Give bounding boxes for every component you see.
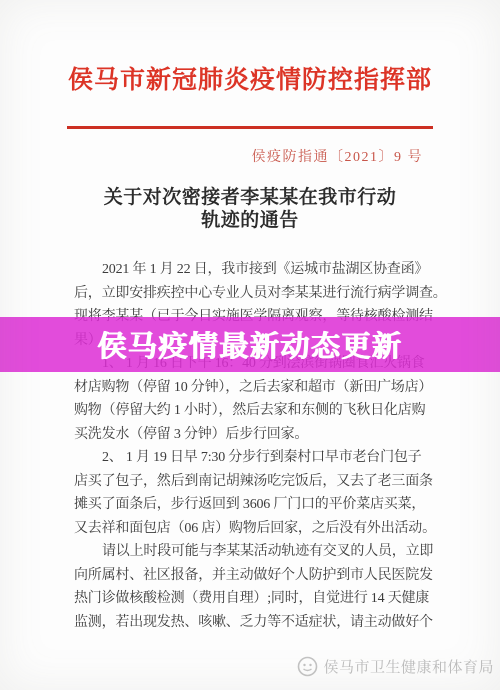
doc-number: 侯疫防指通〔2021〕9 号 [252,146,424,166]
overlay-banner-text: 侯马疫情最新动态更新 [97,324,402,365]
body-line: 监测，若出现发热、咳嗽、乏力等不适症状，请主动做好个 [74,611,446,635]
body-line: 2021 年 1 月 22 日，我市接到《运城市盐湖区协查函》 [74,258,446,282]
watermark: 侯马市卫生健康和体育局 [297,656,494,677]
notice-title-line2: 轨迹的通告 [0,209,500,232]
body-line: 向所属村、社区报备，并主动做好个人防护到市人民医院发 [74,564,446,588]
notice-photo: 侯马市新冠肺炎疫情防控指挥部 侯疫防指通〔2021〕9 号 关于对次密接者李某某… [0,0,500,690]
body-line: 请以上时段可能与李某某活动轨迹有交叉的人员，立即 [74,540,446,564]
body-line: 店买了包子，然后到南记胡辣汤吃完饭后，又去了老三面条 [74,470,446,494]
notice-title-line1: 关于对次密接者李某某在我市行动 [0,186,500,209]
body-line: 2、 1 月 19 日早 7:30 分步行到秦村口早市老台门包子 [74,446,446,470]
body-line: 摊买了面条后，步行返回到 3606 厂门口的平价菜店买菜， [74,493,446,517]
overlay-banner: 侯马疫情最新动态更新 [0,317,500,372]
agency-title: 侯马市新冠肺炎疫情防控指挥部 [0,60,500,96]
body-line: 后，立即安排疾控中心专业人员对李某某进行流行病学调查。 [74,282,446,306]
body-line: 买洗发水（停留 3 分钟）后步行回家。 [74,423,446,447]
body-line: 又去祥和面包店（06 店）购物后回家，之后没有外出活动。 [74,517,446,541]
header-divider [67,126,433,129]
body-line: 购物（停留大约 1 小时），然后去家和东侧的飞秋日化店购 [74,399,446,423]
notice-body: 2021 年 1 月 22 日，我市接到《运城市盐湖区协查函》后，立即安排疾控中… [74,258,446,634]
body-line: 热门诊做核酸检测（费用自理）;同时，自觉进行 14 天健康 [74,587,446,611]
health-bureau-logo-icon [297,656,318,677]
body-line: 材店购物（停留 10 分钟），之后去家和超市（新田广场店） [74,376,446,400]
notice-title: 关于对次密接者李某某在我市行动 轨迹的通告 [0,186,500,232]
watermark-text: 侯马市卫生健康和体育局 [323,656,494,677]
